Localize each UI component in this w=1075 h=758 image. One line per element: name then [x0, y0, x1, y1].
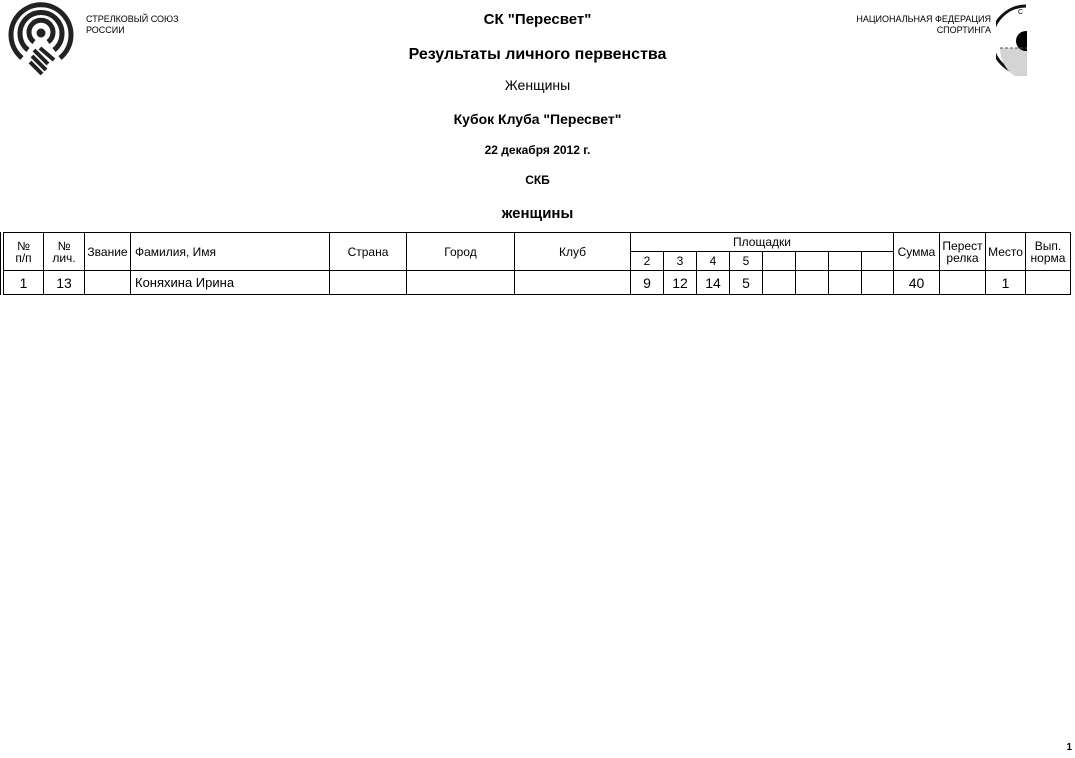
- discipline: СКБ: [0, 173, 1075, 187]
- cell-name: Коняхина Ирина: [131, 271, 330, 295]
- gender-subtitle: Женщины: [0, 77, 1075, 93]
- range-number: 4: [697, 252, 730, 271]
- range-number: 5: [730, 252, 763, 271]
- range-number: [796, 252, 829, 271]
- cell-range-score: 5: [730, 271, 763, 295]
- range-number: 3: [664, 252, 697, 271]
- header-row: №п/п №лич. Звание Фамилия, Имя Страна Го…: [4, 233, 1071, 252]
- group-title: женщины: [0, 205, 1075, 222]
- header-ranges: Площадки: [631, 233, 894, 252]
- range-number: 2: [631, 252, 664, 271]
- cup-title: Кубок Клуба "Пересвет": [0, 111, 1075, 127]
- header-place: Место: [986, 233, 1026, 271]
- event-date: 22 декабря 2012 г.: [0, 143, 1075, 157]
- range-number: [862, 252, 894, 271]
- page-number: 1: [1066, 742, 1072, 753]
- cell-range-score: [829, 271, 862, 295]
- cell-num-pp: 1: [4, 271, 44, 295]
- header-rank: Звание: [85, 233, 131, 271]
- cell-norm: [1026, 271, 1071, 295]
- table-row: 1 13 Коняхина Ирина 9 12 14 5 40 1: [4, 271, 1071, 295]
- cell-range-score: [862, 271, 894, 295]
- results-title: Результаты личного первенства: [0, 46, 1075, 64]
- cell-place: 1: [986, 271, 1026, 295]
- header-country: Страна: [330, 233, 407, 271]
- results-table-container: №п/п №лич. Звание Фамилия, Имя Страна Го…: [0, 232, 1071, 295]
- club-title: СК "Пересвет": [0, 11, 1075, 28]
- cell-rank: [85, 271, 131, 295]
- header-num-personal: №лич.: [44, 233, 85, 271]
- results-table: №п/п №лич. Звание Фамилия, Имя Страна Го…: [3, 232, 1071, 295]
- cell-shootoff: [940, 271, 986, 295]
- cell-num-personal: 13: [44, 271, 85, 295]
- header-shootoff: Перестрелка: [940, 233, 986, 271]
- range-number: [763, 252, 796, 271]
- cell-total: 40: [894, 271, 940, 295]
- cell-range-score: 14: [697, 271, 730, 295]
- header-club: Клуб: [515, 233, 631, 271]
- cell-range-score: 12: [664, 271, 697, 295]
- cell-range-score: 9: [631, 271, 664, 295]
- header-name: Фамилия, Имя: [131, 233, 330, 271]
- header-num-pp: №п/п: [4, 233, 44, 271]
- cell-range-score: [796, 271, 829, 295]
- cell-country: [330, 271, 407, 295]
- header-total: Сумма: [894, 233, 940, 271]
- cell-club: [515, 271, 631, 295]
- header-norm: Вып.норма: [1026, 233, 1071, 271]
- header-city: Город: [407, 233, 515, 271]
- range-number: [829, 252, 862, 271]
- cell-city: [407, 271, 515, 295]
- cell-range-score: [763, 271, 796, 295]
